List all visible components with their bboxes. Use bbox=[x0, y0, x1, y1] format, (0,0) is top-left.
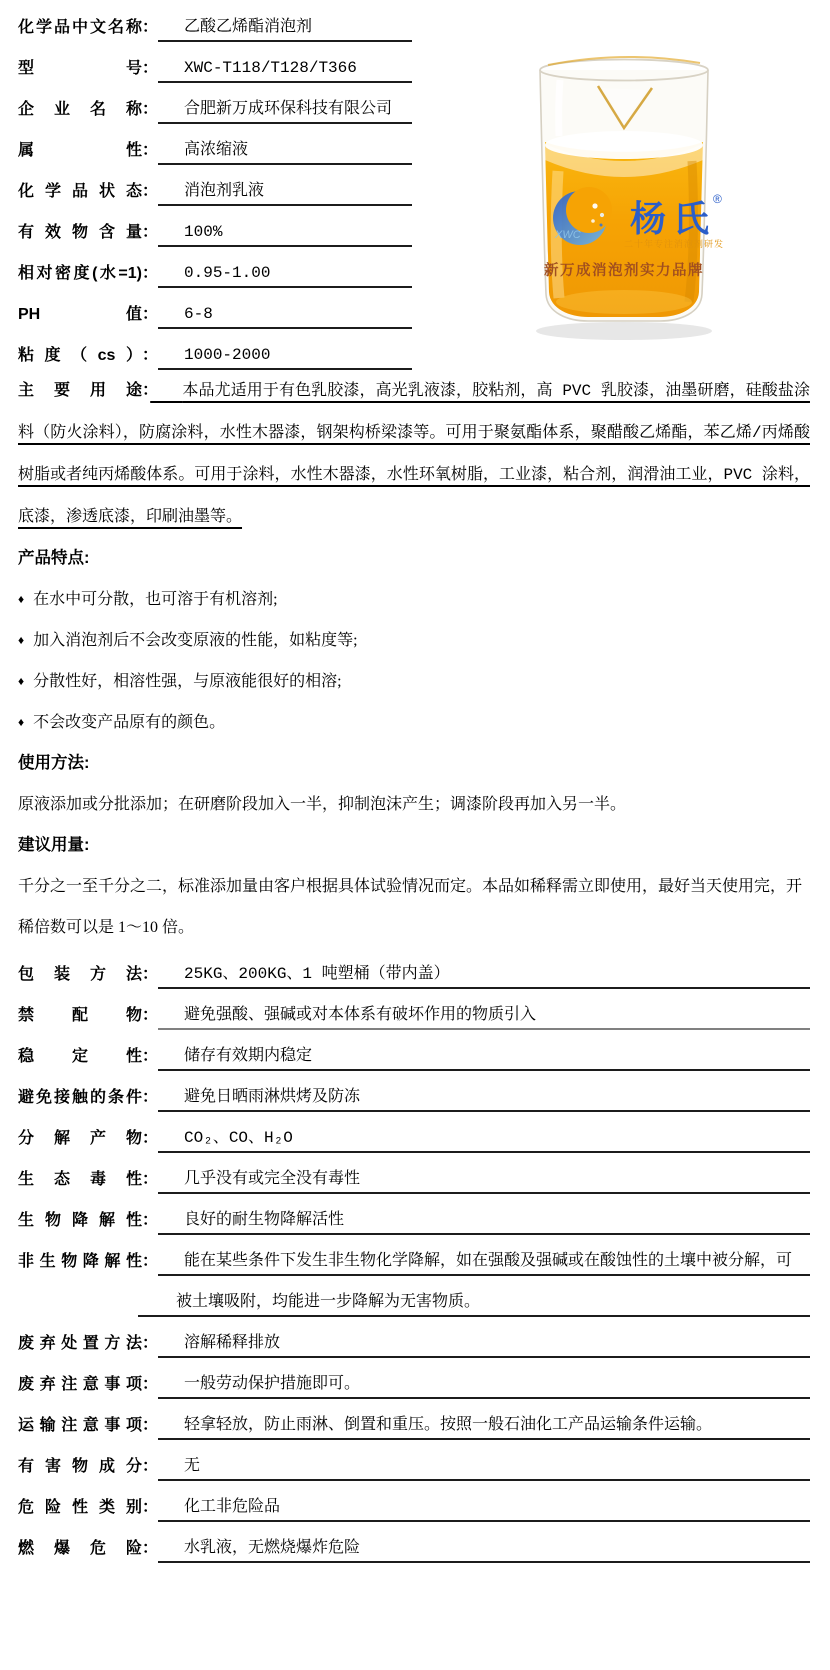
field-colon: ： bbox=[142, 1330, 158, 1358]
safety-info-section: 包装方法：25KG、200KG、1 吨塑桶（带内盖） 禁配物：避免强酸、强碱或对… bbox=[18, 948, 810, 1563]
field-row-eco-toxicity: 生态毒性：几乎没有或完全没有毒性 bbox=[18, 1153, 810, 1194]
field-value: 良好的耐生物降解活性 bbox=[184, 1211, 344, 1229]
registered-mark: ® bbox=[713, 192, 722, 206]
field-value-underline: 溶解稀释排放 bbox=[158, 1334, 810, 1358]
field-colon: ： bbox=[142, 1248, 158, 1276]
field-value: 几乎没有或完全没有毒性 bbox=[184, 1170, 360, 1188]
logo-abbr-text: XWC bbox=[554, 229, 581, 241]
field-value-underline: 乙酸乙烯酯消泡剂 bbox=[158, 18, 412, 42]
field-row-non-biodegradability: 非生物降解性：能在某些条件下发生非生物化学降解，如在强酸及强碱或在酸蚀性的土壤中… bbox=[18, 1235, 810, 1276]
usage-text: 原液添加或分批添加；在研磨阶段加入一半，抑制泡沫产生；调漆阶段再加入另一半。 bbox=[18, 784, 810, 825]
field-label: 危险性类别 bbox=[18, 1499, 142, 1522]
field-colon: ： bbox=[142, 1371, 158, 1399]
field-value: 储存有效期内稳定 bbox=[184, 1047, 312, 1065]
field-row-packing-method: 包装方法：25KG、200KG、1 吨塑桶（带内盖） bbox=[18, 948, 810, 989]
field-label: 燃爆危险 bbox=[18, 1540, 142, 1563]
field-label: PH值 bbox=[18, 306, 142, 329]
field-value-underline: 消泡剂乳液 bbox=[158, 182, 412, 206]
field-label: 有效物含量 bbox=[18, 224, 142, 247]
field-value-underline: 25KG、200KG、1 吨塑桶（带内盖） bbox=[158, 965, 810, 989]
field-value: 6-8 bbox=[184, 305, 213, 323]
field-value-underline: 避免强酸、强碱或对本体系有破坏作用的物质引入 bbox=[158, 1006, 810, 1030]
field-value-underline: 能在某些条件下发生非生物化学降解，如在强酸及强碱或在酸蚀性的土壤中被分解，可 bbox=[158, 1252, 810, 1276]
field-row-chemical-name: 化学品中文名称：乙酸乙烯酯消泡剂 bbox=[18, 1, 810, 42]
field-value-underline: 储存有效期内稳定 bbox=[158, 1047, 810, 1071]
field-label: 运输注意事项 bbox=[18, 1417, 142, 1440]
logo-brand-text: 杨氏 bbox=[630, 199, 716, 239]
dosage-text: 千分之一至千分之二，标准添加量由客户根据具体试验情况而定。本品如稀释需立即使用，… bbox=[18, 866, 810, 948]
field-value: 溶解稀释排放 bbox=[184, 1334, 280, 1352]
field-colon: ： bbox=[142, 1494, 158, 1522]
field-value-underline: 0.95-1.00 bbox=[158, 264, 412, 288]
product-photo-beaker: XWC 杨氏 ® 二十年专注消泡剂研发 新万成消泡剂实力品牌 bbox=[498, 46, 750, 348]
field-row-harmful-components: 有害物成分：无 bbox=[18, 1440, 810, 1481]
beaker-illustration: XWC 杨氏 ® 二十年专注消泡剂研发 新万成消泡剂实力品牌 bbox=[498, 46, 750, 348]
field-colon: ： bbox=[142, 137, 158, 165]
field-value: 100% bbox=[184, 223, 222, 241]
field-value: XWC-T118/T128/T366 bbox=[184, 59, 357, 77]
field-value: CO₂、CO、H₂O bbox=[184, 1129, 293, 1147]
field-colon: ： bbox=[142, 1084, 158, 1112]
feature-item: ♦分散性好，相溶性强，与原液能很好的相溶; bbox=[18, 661, 810, 702]
diamond-bullet-icon: ♦ bbox=[18, 633, 24, 647]
field-value-underline: 几乎没有或完全没有毒性 bbox=[158, 1170, 810, 1194]
field-value: 高浓缩液 bbox=[184, 141, 248, 159]
field-label: 禁配物 bbox=[18, 1007, 142, 1030]
field-row-stability: 稳定性：储存有效期内稳定 bbox=[18, 1030, 810, 1071]
field-value: 乙酸乙烯酯消泡剂 bbox=[184, 18, 312, 36]
field-row-incompatibles: 禁配物：避免强酸、强碱或对本体系有破坏作用的物质引入 bbox=[18, 989, 810, 1030]
field-row-biodegradability: 生物降解性：良好的耐生物降解活性 bbox=[18, 1194, 810, 1235]
field-value-underline: CO₂、CO、H₂O bbox=[158, 1129, 810, 1153]
field-label: 属性 bbox=[18, 142, 142, 165]
field-colon: ： bbox=[142, 219, 158, 247]
diamond-bullet-icon: ♦ bbox=[18, 674, 24, 688]
field-row-transport-notes: 运输注意事项：轻拿轻放，防止雨淋、倒置和重压。按照一般石油化工产品运输条件运输。 bbox=[18, 1399, 810, 1440]
section-heading-features: 产品特点: bbox=[18, 538, 810, 579]
field-colon: ： bbox=[142, 382, 150, 404]
feature-text: 在水中可分散，也可溶于有机溶剂; bbox=[33, 591, 277, 608]
field-colon: ： bbox=[142, 961, 158, 989]
field-value-underline: 100% bbox=[158, 223, 412, 247]
field-value: 1000-2000 bbox=[184, 346, 270, 364]
field-value-underline: 水乳液，无燃烧爆炸危险 bbox=[158, 1539, 810, 1563]
field-colon: ： bbox=[142, 1453, 158, 1481]
field-label: 型号 bbox=[18, 60, 142, 83]
field-value-underline: 无 bbox=[158, 1457, 810, 1481]
feature-text: 分散性好，相溶性强，与原液能很好的相溶; bbox=[33, 673, 341, 690]
field-value-underline: 化工非危险品 bbox=[158, 1498, 810, 1522]
field-colon: ： bbox=[142, 1043, 158, 1071]
field-row-non-biodegradability-cont: 被土壤吸附，均能进一步降解为无害物质。 bbox=[138, 1276, 810, 1317]
field-value: 化工非危险品 bbox=[184, 1498, 280, 1516]
field-label: 废弃处置方法 bbox=[18, 1335, 142, 1358]
field-value: 水乳液，无燃烧爆炸危险 bbox=[184, 1539, 360, 1557]
field-value: 25KG、200KG、1 吨塑桶（带内盖） bbox=[184, 965, 450, 983]
section-heading-usage: 使用方法: bbox=[18, 743, 810, 784]
field-value-underline: 一般劳动保护措施即可。 bbox=[158, 1375, 810, 1399]
field-label: 有害物成分 bbox=[18, 1458, 142, 1481]
field-value-underline: 轻拿轻放，防止雨淋、倒置和重压。按照一般石油化工产品运输条件运输。 bbox=[158, 1416, 810, 1440]
field-value: 合肥新万成环保科技有限公司 bbox=[184, 100, 392, 118]
field-value-underline: 合肥新万成环保科技有限公司 bbox=[158, 100, 412, 124]
field-label: 避免接触的条件 bbox=[18, 1089, 142, 1112]
field-row-disposal-notes: 废弃注意事项：一般劳动保护措施即可。 bbox=[18, 1358, 810, 1399]
field-colon: ： bbox=[142, 260, 158, 288]
field-label: 稳定性 bbox=[18, 1048, 142, 1071]
diamond-bullet-icon: ♦ bbox=[18, 592, 24, 606]
field-label: 废弃注意事项 bbox=[18, 1376, 142, 1399]
field-value-underline: 高浓缩液 bbox=[158, 141, 412, 165]
field-row-conditions-to-avoid: 避免接触的条件：避免日晒雨淋烘烤及防冻 bbox=[18, 1071, 810, 1112]
field-label: 生态毒性 bbox=[18, 1171, 142, 1194]
field-colon: ： bbox=[142, 342, 158, 370]
field-row-disposal-method: 废弃处置方法：溶解稀释排放 bbox=[18, 1317, 810, 1358]
field-value: 消泡剂乳液 bbox=[184, 182, 264, 200]
feature-item: ♦在水中可分散，也可溶于有机溶剂; bbox=[18, 579, 810, 620]
field-value-underline: 良好的耐生物降解活性 bbox=[158, 1211, 810, 1235]
field-main-use: 主要用途：本品尤适用于有色乳胶漆，高光乳液漆，胶粘剂，高 PVC 乳胶漆，油墨研… bbox=[18, 370, 810, 538]
diamond-bullet-icon: ♦ bbox=[18, 715, 24, 729]
field-colon: ： bbox=[142, 1002, 158, 1030]
field-label: 相对密度(水=1) bbox=[18, 265, 142, 288]
field-label: 化学品状态 bbox=[18, 183, 142, 206]
feature-text: 加入消泡剂后不会改变原液的性能，如粘度等; bbox=[33, 632, 357, 649]
feature-item: ♦加入消泡剂后不会改变原液的性能，如粘度等; bbox=[18, 620, 810, 661]
field-colon: ： bbox=[142, 1535, 158, 1563]
field-value: 被土壤吸附，均能进一步降解为无害物质。 bbox=[176, 1293, 480, 1311]
field-label: 分解产物 bbox=[18, 1130, 142, 1153]
field-colon: ： bbox=[142, 55, 158, 83]
field-value: 0.95-1.00 bbox=[184, 264, 270, 282]
field-value: 能在某些条件下发生非生物化学降解，如在强酸及强碱或在酸蚀性的土壤中被分解，可 bbox=[184, 1252, 792, 1270]
field-value-underline: XWC-T118/T128/T366 bbox=[158, 59, 412, 83]
field-colon: ： bbox=[142, 1166, 158, 1194]
field-label: 企业名称 bbox=[18, 101, 142, 124]
feature-text: 不会改变产品原有的颜色。 bbox=[33, 714, 225, 731]
slogan-main-text: 新万成消泡剂实力品牌 bbox=[544, 261, 704, 279]
field-row-hazard-class: 危险性类别：化工非危险品 bbox=[18, 1481, 810, 1522]
field-value: 一般劳动保护措施即可。 bbox=[184, 1375, 360, 1393]
field-colon: ： bbox=[142, 1207, 158, 1235]
field-label: 生物降解性 bbox=[18, 1212, 142, 1235]
field-label: 非生物降解性 bbox=[18, 1253, 142, 1276]
field-value: 避免日晒雨淋烘烤及防冻 bbox=[184, 1088, 360, 1106]
field-label: 粘度（cs） bbox=[18, 347, 142, 370]
field-value: 无 bbox=[184, 1457, 200, 1475]
field-value: 轻拿轻放，防止雨淋、倒置和重压。按照一般石油化工产品运输条件运输。 bbox=[184, 1416, 712, 1434]
field-label: 主要用途 bbox=[18, 382, 142, 405]
field-value-underline: 避免日晒雨淋烘烤及防冻 bbox=[158, 1088, 810, 1112]
field-colon: ： bbox=[142, 178, 158, 206]
field-value: 避免强酸、强碱或对本体系有破坏作用的物质引入 bbox=[184, 1006, 536, 1024]
section-heading-dosage: 建议用量: bbox=[18, 825, 810, 866]
slogan-small-text: 二十年专注消泡剂研发 bbox=[624, 238, 724, 249]
field-row-explosion-risk: 燃爆危险：水乳液，无燃烧爆炸危险 bbox=[18, 1522, 810, 1563]
field-value-underline: 1000-2000 bbox=[158, 346, 412, 370]
field-label: 化学品中文名称 bbox=[18, 19, 142, 42]
field-value-underline: 被土壤吸附，均能进一步降解为无害物质。 bbox=[138, 1293, 810, 1317]
feature-item: ♦不会改变产品原有的颜色。 bbox=[18, 702, 810, 743]
field-colon: ： bbox=[142, 301, 158, 329]
brand-logo: XWC 杨氏 ® 二十年专注消泡剂研发 新万成消泡剂实力品牌 bbox=[544, 187, 724, 279]
field-value-underline: 6-8 bbox=[158, 305, 412, 329]
field-colon: ： bbox=[142, 96, 158, 124]
field-colon: ： bbox=[142, 1125, 158, 1153]
field-row-decomposition-products: 分解产物：CO₂、CO、H₂O bbox=[18, 1112, 810, 1153]
field-label: 包装方法 bbox=[18, 966, 142, 989]
field-colon: ： bbox=[142, 1412, 158, 1440]
field-colon: ： bbox=[142, 14, 158, 42]
